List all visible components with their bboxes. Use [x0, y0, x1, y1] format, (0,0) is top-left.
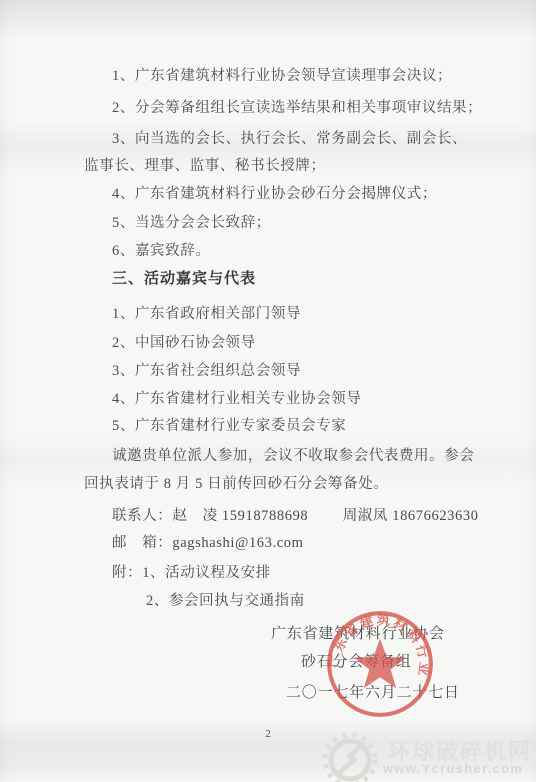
- agenda-item-line: 4、广东省建筑材料行业协会砂石分会揭牌仪式；: [112, 186, 437, 203]
- attachment-line: 附：1、活动议程及安排: [112, 565, 271, 582]
- crusher-bolt-mark: [339, 745, 362, 773]
- attachment-line: 2、参会回执与交通指南: [146, 593, 305, 610]
- invitation-text-line: 回执表请于 8 月 5 日前传回砂石分会筹备处。: [84, 476, 388, 493]
- agenda-item-line: 2、分会筹备组组长宣读选举结果和相关事项审议结果；: [112, 100, 482, 117]
- guest-item-line: 4、广东省建材行业相关专业协会领导: [112, 391, 361, 408]
- agenda-item-line: 3、向当选的会长、执行会长、常务副会长、副会长、: [112, 131, 467, 148]
- agenda-item-line: 1、广东省建筑材料行业协会领导宣读理事会决议；: [112, 68, 452, 85]
- guest-item-line: 3、广东省社会组织总会领导: [112, 363, 301, 380]
- agenda-item-line: 6、嘉宾致辞。: [112, 243, 210, 260]
- seal-star-icon: [354, 639, 406, 689]
- official-red-seal: 广东省建筑材料行业协会: [321, 603, 439, 723]
- agenda-item-line: 监事长、理事、监事、秘书长授牌；: [84, 158, 326, 175]
- watermark-site-url: www.Ycrusher.com: [383, 761, 523, 776]
- guest-item-line: 1、广东省政府相关部门领导: [112, 306, 301, 323]
- guest-item-line: 5、广东省建材行业专家委员会专家: [112, 418, 346, 435]
- invitation-text-line: 诚邀贵单位派人参加，会议不收取参会代表费用。参会: [112, 448, 474, 465]
- section-heading: 三、活动嘉宾与代表: [112, 270, 256, 288]
- contact-line: 联系人：赵 凌 15918788698 周淑凤 18676623630: [112, 508, 479, 525]
- guest-item-line: 2、中国砂石协会领导: [112, 335, 256, 352]
- agenda-item-line: 5、当选分会会长致辞；: [112, 215, 271, 232]
- email-line: 邮 箱：gagshashi@163.com: [112, 535, 303, 552]
- gear-crusher-icon: [318, 731, 384, 782]
- scanned-document-page: 1、广东省建筑材料行业协会领导宣读理事会决议； 2、分会筹备组组长宣读选举结果和…: [0, 0, 536, 782]
